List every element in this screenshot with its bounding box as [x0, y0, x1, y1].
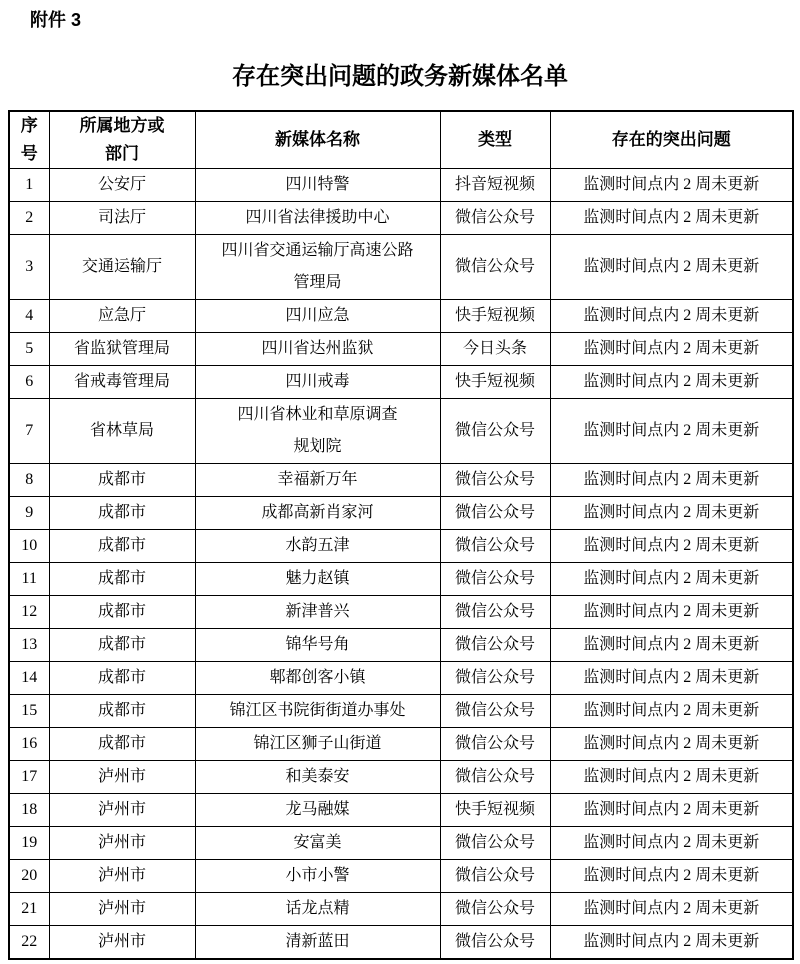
cell-issue: 监测时间点内 2 周未更新	[550, 629, 793, 662]
cell-serial-number: 4	[9, 300, 49, 333]
cell-issue: 监测时间点内 2 周未更新	[550, 399, 793, 464]
cell-issue: 监测时间点内 2 周未更新	[550, 497, 793, 530]
cell-region-or-department: 成都市	[49, 596, 195, 629]
cell-media-type: 快手短视频	[440, 300, 550, 333]
cell-media-type: 微信公众号	[440, 728, 550, 761]
cell-media-type: 微信公众号	[440, 464, 550, 497]
cell-serial-number: 12	[9, 596, 49, 629]
cell-media-name: 水韵五津	[195, 530, 440, 563]
table-row: 15 成都市 锦江区书院街街道办事处 微信公众号 监测时间点内 2 周未更新	[9, 695, 793, 728]
table-row: 3 交通运输厅 四川省交通运输厅高速公路 管理局 微信公众号 监测时间点内 2 …	[9, 235, 793, 300]
cell-region-or-department: 泸州市	[49, 794, 195, 827]
cell-region-or-department: 应急厅	[49, 300, 195, 333]
cell-media-name: 四川省法律援助中心	[195, 202, 440, 235]
cell-region-or-department: 成都市	[49, 563, 195, 596]
cell-media-type: 微信公众号	[440, 563, 550, 596]
cell-media-type: 微信公众号	[440, 662, 550, 695]
cell-issue: 监测时间点内 2 周未更新	[550, 662, 793, 695]
cell-media-name: 郫都创客小镇	[195, 662, 440, 695]
table-row: 18 泸州市 龙马融媒 快手短视频 监测时间点内 2 周未更新	[9, 794, 793, 827]
cell-media-name: 安富美	[195, 827, 440, 860]
cell-media-name: 和美泰安	[195, 761, 440, 794]
cell-media-name: 四川省林业和草原调查 规划院	[195, 399, 440, 464]
cell-serial-number: 6	[9, 366, 49, 399]
cell-issue: 监测时间点内 2 周未更新	[550, 695, 793, 728]
table-row: 2 司法厅 四川省法律援助中心 微信公众号 监测时间点内 2 周未更新	[9, 202, 793, 235]
cell-serial-number: 8	[9, 464, 49, 497]
cell-media-name: 锦江区书院街街道办事处	[195, 695, 440, 728]
table-row: 20 泸州市 小市小警 微信公众号 监测时间点内 2 周未更新	[9, 860, 793, 893]
header-serial-number: 序 号	[9, 111, 49, 169]
cell-media-type: 微信公众号	[440, 926, 550, 960]
cell-serial-number: 13	[9, 629, 49, 662]
cell-media-name: 四川特警	[195, 169, 440, 202]
header-media-type: 类型	[440, 111, 550, 169]
cell-media-type: 微信公众号	[440, 530, 550, 563]
cell-media-name: 清新蓝田	[195, 926, 440, 960]
cell-serial-number: 2	[9, 202, 49, 235]
cell-issue: 监测时间点内 2 周未更新	[550, 794, 793, 827]
cell-serial-number: 3	[9, 235, 49, 300]
cell-media-type: 快手短视频	[440, 366, 550, 399]
cell-issue: 监测时间点内 2 周未更新	[550, 464, 793, 497]
cell-region-or-department: 成都市	[49, 629, 195, 662]
cell-media-type: 微信公众号	[440, 497, 550, 530]
cell-region-or-department: 成都市	[49, 497, 195, 530]
cell-media-type: 微信公众号	[440, 202, 550, 235]
cell-region-or-department: 省监狱管理局	[49, 333, 195, 366]
cell-issue: 监测时间点内 2 周未更新	[550, 169, 793, 202]
cell-serial-number: 15	[9, 695, 49, 728]
cell-region-or-department: 泸州市	[49, 761, 195, 794]
table-row: 13 成都市 锦华号角 微信公众号 监测时间点内 2 周未更新	[9, 629, 793, 662]
cell-issue: 监测时间点内 2 周未更新	[550, 926, 793, 960]
media-problem-table: 序 号 所属地方或 部门 新媒体名称 类型 存在的突出问题 1 公安厅 四川特警…	[8, 110, 794, 960]
cell-media-name: 锦江区狮子山街道	[195, 728, 440, 761]
cell-issue: 监测时间点内 2 周未更新	[550, 202, 793, 235]
table-row: 5 省监狱管理局 四川省达州监狱 今日头条 监测时间点内 2 周未更新	[9, 333, 793, 366]
header-issue: 存在的突出问题	[550, 111, 793, 169]
cell-region-or-department: 成都市	[49, 464, 195, 497]
cell-media-type: 微信公众号	[440, 235, 550, 300]
cell-region-or-department: 省戒毒管理局	[49, 366, 195, 399]
cell-issue: 监测时间点内 2 周未更新	[550, 596, 793, 629]
cell-serial-number: 5	[9, 333, 49, 366]
cell-serial-number: 9	[9, 497, 49, 530]
cell-media-name: 四川戒毒	[195, 366, 440, 399]
cell-serial-number: 16	[9, 728, 49, 761]
cell-media-name: 魅力赵镇	[195, 563, 440, 596]
cell-serial-number: 11	[9, 563, 49, 596]
table-row: 6 省戒毒管理局 四川戒毒 快手短视频 监测时间点内 2 周未更新	[9, 366, 793, 399]
cell-region-or-department: 司法厅	[49, 202, 195, 235]
cell-issue: 监测时间点内 2 周未更新	[550, 235, 793, 300]
cell-media-type: 快手短视频	[440, 794, 550, 827]
cell-media-name: 成都高新肖家河	[195, 497, 440, 530]
cell-issue: 监测时间点内 2 周未更新	[550, 860, 793, 893]
cell-region-or-department: 交通运输厅	[49, 235, 195, 300]
cell-media-name: 话龙点精	[195, 893, 440, 926]
cell-serial-number: 18	[9, 794, 49, 827]
cell-media-type: 微信公众号	[440, 695, 550, 728]
document-page: 附件 3 存在突出问题的政务新媒体名单 序 号 所属地方或 部门 新媒体名称 类…	[0, 0, 800, 964]
cell-media-type: 微信公众号	[440, 860, 550, 893]
cell-region-or-department: 泸州市	[49, 827, 195, 860]
cell-serial-number: 1	[9, 169, 49, 202]
table-row: 11 成都市 魅力赵镇 微信公众号 监测时间点内 2 周未更新	[9, 563, 793, 596]
cell-region-or-department: 泸州市	[49, 926, 195, 960]
cell-media-type: 微信公众号	[440, 827, 550, 860]
cell-serial-number: 19	[9, 827, 49, 860]
cell-media-type: 抖音短视频	[440, 169, 550, 202]
cell-serial-number: 14	[9, 662, 49, 695]
attachment-label: 附件 3	[30, 8, 792, 32]
cell-issue: 监测时间点内 2 周未更新	[550, 333, 793, 366]
table-row: 1 公安厅 四川特警 抖音短视频 监测时间点内 2 周未更新	[9, 169, 793, 202]
header-region-or-department: 所属地方或 部门	[49, 111, 195, 169]
cell-issue: 监测时间点内 2 周未更新	[550, 530, 793, 563]
cell-media-type: 微信公众号	[440, 596, 550, 629]
cell-issue: 监测时间点内 2 周未更新	[550, 893, 793, 926]
cell-issue: 监测时间点内 2 周未更新	[550, 366, 793, 399]
table-body: 1 公安厅 四川特警 抖音短视频 监测时间点内 2 周未更新 2 司法厅 四川省…	[9, 169, 793, 960]
cell-media-name: 四川省达州监狱	[195, 333, 440, 366]
cell-media-type: 今日头条	[440, 333, 550, 366]
cell-media-name: 四川应急	[195, 300, 440, 333]
cell-region-or-department: 泸州市	[49, 860, 195, 893]
cell-serial-number: 7	[9, 399, 49, 464]
table-row: 12 成都市 新津普兴 微信公众号 监测时间点内 2 周未更新	[9, 596, 793, 629]
cell-region-or-department: 成都市	[49, 728, 195, 761]
cell-issue: 监测时间点内 2 周未更新	[550, 300, 793, 333]
table-row: 16 成都市 锦江区狮子山街道 微信公众号 监测时间点内 2 周未更新	[9, 728, 793, 761]
cell-issue: 监测时间点内 2 周未更新	[550, 563, 793, 596]
cell-media-type: 微信公众号	[440, 629, 550, 662]
cell-media-type: 微信公众号	[440, 399, 550, 464]
table-row: 9 成都市 成都高新肖家河 微信公众号 监测时间点内 2 周未更新	[9, 497, 793, 530]
table-row: 4 应急厅 四川应急 快手短视频 监测时间点内 2 周未更新	[9, 300, 793, 333]
cell-media-type: 微信公众号	[440, 893, 550, 926]
header-media-name: 新媒体名称	[195, 111, 440, 169]
cell-region-or-department: 成都市	[49, 695, 195, 728]
table-row: 19 泸州市 安富美 微信公众号 监测时间点内 2 周未更新	[9, 827, 793, 860]
table-row: 22 泸州市 清新蓝田 微信公众号 监测时间点内 2 周未更新	[9, 926, 793, 960]
table-row: 7 省林草局 四川省林业和草原调查 规划院 微信公众号 监测时间点内 2 周未更…	[9, 399, 793, 464]
table-row: 21 泸州市 话龙点精 微信公众号 监测时间点内 2 周未更新	[9, 893, 793, 926]
cell-media-name: 龙马融媒	[195, 794, 440, 827]
table-row: 10 成都市 水韵五津 微信公众号 监测时间点内 2 周未更新	[9, 530, 793, 563]
table-header-row: 序 号 所属地方或 部门 新媒体名称 类型 存在的突出问题	[9, 111, 793, 169]
cell-media-name: 小市小警	[195, 860, 440, 893]
cell-issue: 监测时间点内 2 周未更新	[550, 728, 793, 761]
table-row: 14 成都市 郫都创客小镇 微信公众号 监测时间点内 2 周未更新	[9, 662, 793, 695]
cell-issue: 监测时间点内 2 周未更新	[550, 761, 793, 794]
cell-media-name: 锦华号角	[195, 629, 440, 662]
cell-media-name: 新津普兴	[195, 596, 440, 629]
cell-media-name: 四川省交通运输厅高速公路 管理局	[195, 235, 440, 300]
cell-media-name: 幸福新万年	[195, 464, 440, 497]
cell-region-or-department: 省林草局	[49, 399, 195, 464]
table-row: 17 泸州市 和美泰安 微信公众号 监测时间点内 2 周未更新	[9, 761, 793, 794]
page-title: 存在突出问题的政务新媒体名单	[8, 62, 792, 92]
cell-region-or-department: 泸州市	[49, 893, 195, 926]
cell-media-type: 微信公众号	[440, 761, 550, 794]
cell-serial-number: 22	[9, 926, 49, 960]
table-row: 8 成都市 幸福新万年 微信公众号 监测时间点内 2 周未更新	[9, 464, 793, 497]
cell-serial-number: 17	[9, 761, 49, 794]
cell-serial-number: 10	[9, 530, 49, 563]
cell-serial-number: 20	[9, 860, 49, 893]
cell-region-or-department: 成都市	[49, 530, 195, 563]
cell-issue: 监测时间点内 2 周未更新	[550, 827, 793, 860]
cell-region-or-department: 成都市	[49, 662, 195, 695]
cell-region-or-department: 公安厅	[49, 169, 195, 202]
cell-serial-number: 21	[9, 893, 49, 926]
